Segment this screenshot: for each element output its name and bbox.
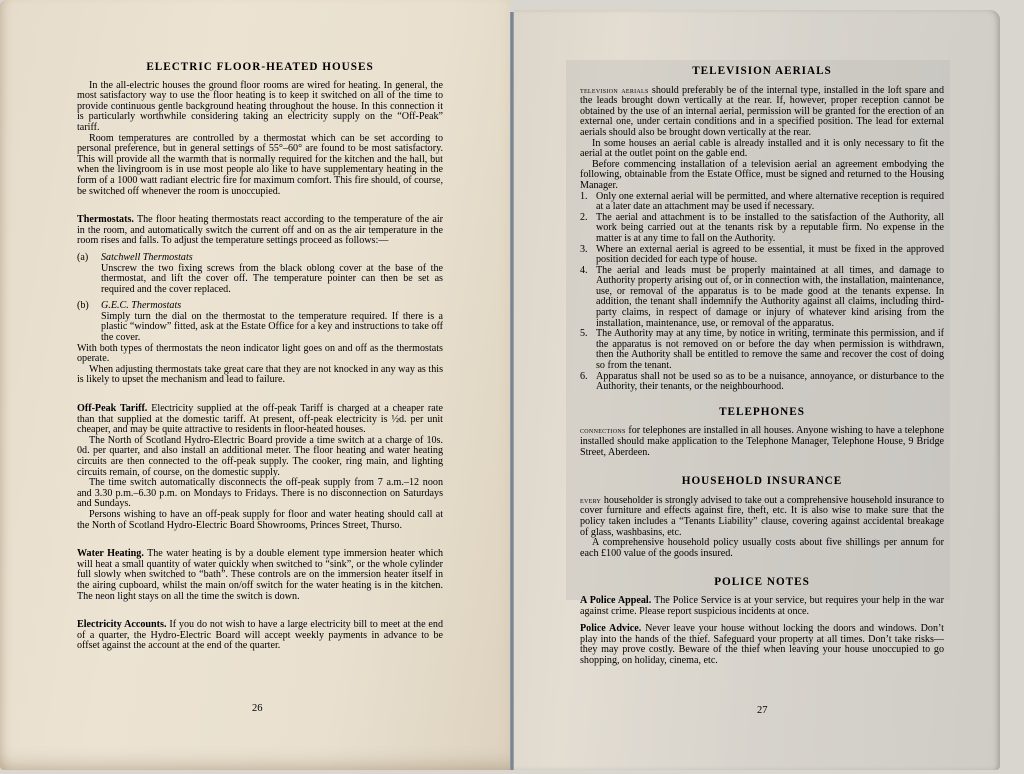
- section-title-floor-heating: ELECTRIC FLOOR-HEATED HOUSES: [77, 62, 443, 73]
- police-appeal-paragraph: A Police Appeal. The Police Service is a…: [580, 596, 944, 617]
- intro-paragraph-1: In the all-electric houses the ground fl…: [77, 81, 443, 134]
- thermostats-neon-note: With both types of thermostats the neon …: [77, 344, 443, 365]
- list-item: 1.Only one external aerial will be permi…: [580, 192, 944, 213]
- list-item: 6.Apparatus shall not be used so as to b…: [580, 372, 944, 393]
- tv-conditions-list: 1.Only one external aerial will be permi…: [580, 192, 944, 393]
- section-title-police-notes: POLICE NOTES: [580, 577, 944, 588]
- thermostat-item-b: (b) G.E.C. Thermostats Simply turn the d…: [77, 301, 443, 343]
- off-peak-paragraph-4: Persons wishing to have an off-peak supp…: [77, 510, 443, 531]
- section-title-telephones: TELEPHONES: [580, 407, 944, 418]
- off-peak-paragraph: Off-Peak Tariff. Electricity supplied at…: [77, 404, 443, 436]
- section-title-tv-aerials: TELEVISION AERIALS: [580, 66, 944, 77]
- left-page-content: ELECTRIC FLOOR-HEATED HOUSES In the all-…: [77, 62, 443, 652]
- thermostats-care-note: When adjusting thermostats take great ca…: [77, 365, 443, 386]
- page-number-left: 26: [252, 703, 263, 714]
- booklet-spread: ELECTRIC FLOOR-HEATED HOUSES In the all-…: [0, 0, 1024, 774]
- insurance-paragraph-1: every householder is strongly advised to…: [580, 495, 944, 538]
- tv-paragraph-3: Before commencing installation of a tele…: [580, 160, 944, 192]
- right-page-content: TELEVISION AERIALS television aerials sh…: [580, 66, 944, 667]
- list-item: 3.Where an external aerial is agreed to …: [580, 245, 944, 266]
- page-number-right: 27: [757, 705, 768, 716]
- tv-paragraph-1: television aerials should preferably be …: [580, 85, 944, 139]
- thermostat-item-a: (a) Satchwell Thermostats Unscrew the tw…: [77, 253, 443, 295]
- water-heating-paragraph: Water Heating. The water heating is by a…: [77, 549, 443, 602]
- thermostats-paragraph: Thermostats. The floor heating thermosta…: [77, 215, 443, 247]
- list-item: 5.The Authority may at any time, by noti…: [580, 329, 944, 371]
- off-peak-paragraph-2: The North of Scotland Hydro-Electric Boa…: [77, 436, 443, 478]
- tv-paragraph-2: In some houses an aerial cable is alread…: [580, 139, 944, 160]
- police-advice-paragraph: Police Advice. Never leave your house wi…: [580, 624, 944, 666]
- off-peak-paragraph-3: The time switch automatically disconnect…: [77, 478, 443, 510]
- telephones-paragraph: connections for telephones are installed…: [580, 425, 944, 458]
- list-item: 2.The aerial and attachment is to be ins…: [580, 213, 944, 245]
- electricity-accounts-paragraph: Electricity Accounts. If you do not wish…: [77, 620, 443, 652]
- insurance-paragraph-2: A comprehensive household policy usually…: [580, 538, 944, 559]
- section-title-household-insurance: HOUSEHOLD INSURANCE: [580, 476, 944, 487]
- intro-paragraph-2: Room temperatures are controlled by a th…: [77, 134, 443, 198]
- list-item: 4.The aerial and leads must be properly …: [580, 266, 944, 330]
